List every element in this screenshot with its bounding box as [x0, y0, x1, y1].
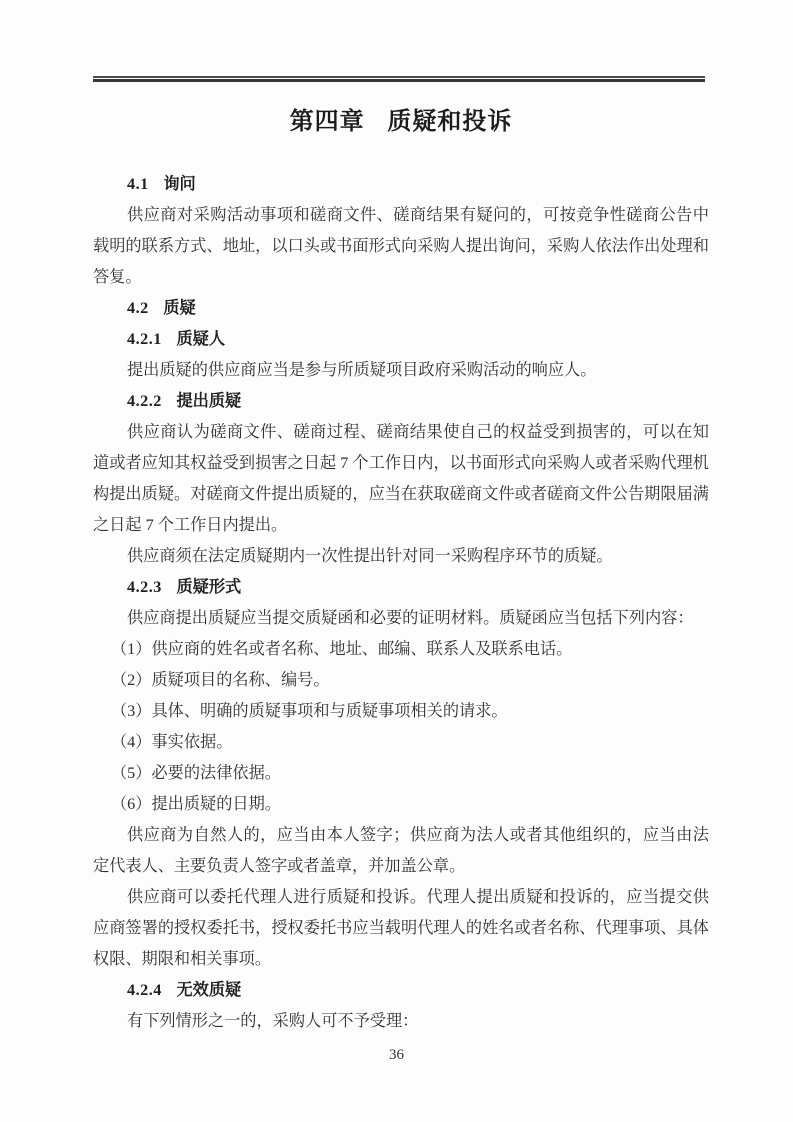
list-item: （1）供应商的姓名或者名称、地址、邮编、联系人及联系电话。 — [93, 634, 709, 665]
paragraph: 供应商须在法定质疑期内一次性提出针对同一采购程序环节的质疑。 — [93, 541, 709, 572]
list-item: （2）质疑项目的名称、编号。 — [93, 665, 709, 696]
paragraph: 供应商认为磋商文件、磋商过程、磋商结果使自己的权益受到损害的，可以在知道或者应知… — [93, 417, 709, 541]
list-item: （5）必要的法律依据。 — [93, 758, 709, 789]
document-page: 第四章质疑和投诉 4.1询问供应商对采购活动事项和磋商文件、磋商结果有疑问的，可… — [0, 0, 793, 1122]
section-number: 4.2.2 — [127, 392, 162, 410]
section-heading-4.1: 4.1询问 — [93, 169, 709, 200]
section-heading-label: 提出质疑 — [176, 392, 241, 410]
section-number: 4.1 — [127, 175, 149, 193]
header-double-rule — [93, 76, 705, 82]
section-heading-4.2.1: 4.2.1质疑人 — [93, 324, 709, 355]
paragraph: 供应商可以委托代理人进行质疑和投诉。代理人提出质疑和投诉的，应当提交供应商签署的… — [93, 882, 709, 975]
list-item: （3）具体、明确的质疑事项和与质疑事项相关的请求。 — [93, 696, 709, 727]
paragraph: 供应商提出质疑应当提交质疑函和必要的证明材料。质疑函应当包括下列内容： — [93, 603, 709, 634]
section-heading-4.2.3: 4.2.3质疑形式 — [93, 572, 709, 603]
list-item: （6）提出质疑的日期。 — [93, 789, 709, 820]
section-number: 4.2 — [127, 299, 149, 317]
page-number: 36 — [0, 1045, 793, 1065]
document-body: 4.1询问供应商对采购活动事项和磋商文件、磋商结果有疑问的，可按竞争性磋商公告中… — [93, 169, 709, 1037]
section-heading-label: 质疑人 — [176, 330, 225, 348]
section-heading-4.2: 4.2质疑 — [93, 293, 709, 324]
paragraph: 供应商为自然人的，应当由本人签字；供应商为法人或者其他组织的，应当由法定代表人、… — [93, 820, 709, 882]
section-heading-label: 无效质疑 — [176, 981, 241, 999]
list-item: （4）事实依据。 — [93, 727, 709, 758]
section-heading-label: 质疑形式 — [176, 578, 241, 596]
section-number: 4.2.1 — [127, 330, 162, 348]
paragraph: 提出质疑的供应商应当是参与所质疑项目政府采购活动的响应人。 — [93, 355, 709, 386]
section-number: 4.2.3 — [127, 578, 162, 596]
section-heading-label: 质疑 — [163, 299, 195, 317]
paragraph: 供应商对采购活动事项和磋商文件、磋商结果有疑问的，可按竞争性磋商公告中载明的联系… — [93, 200, 709, 293]
section-heading-4.2.4: 4.2.4无效质疑 — [93, 975, 709, 1006]
section-heading-4.2.2: 4.2.2提出质疑 — [93, 386, 709, 417]
section-number: 4.2.4 — [127, 981, 162, 999]
paragraph: 有下列情形之一的，采购人可不予受理： — [93, 1006, 709, 1037]
section-heading-label: 询问 — [163, 175, 195, 193]
chapter-label: 质疑和投诉 — [387, 109, 512, 135]
chapter-number: 第四章 — [290, 109, 365, 135]
chapter-title: 第四章质疑和投诉 — [93, 102, 709, 142]
